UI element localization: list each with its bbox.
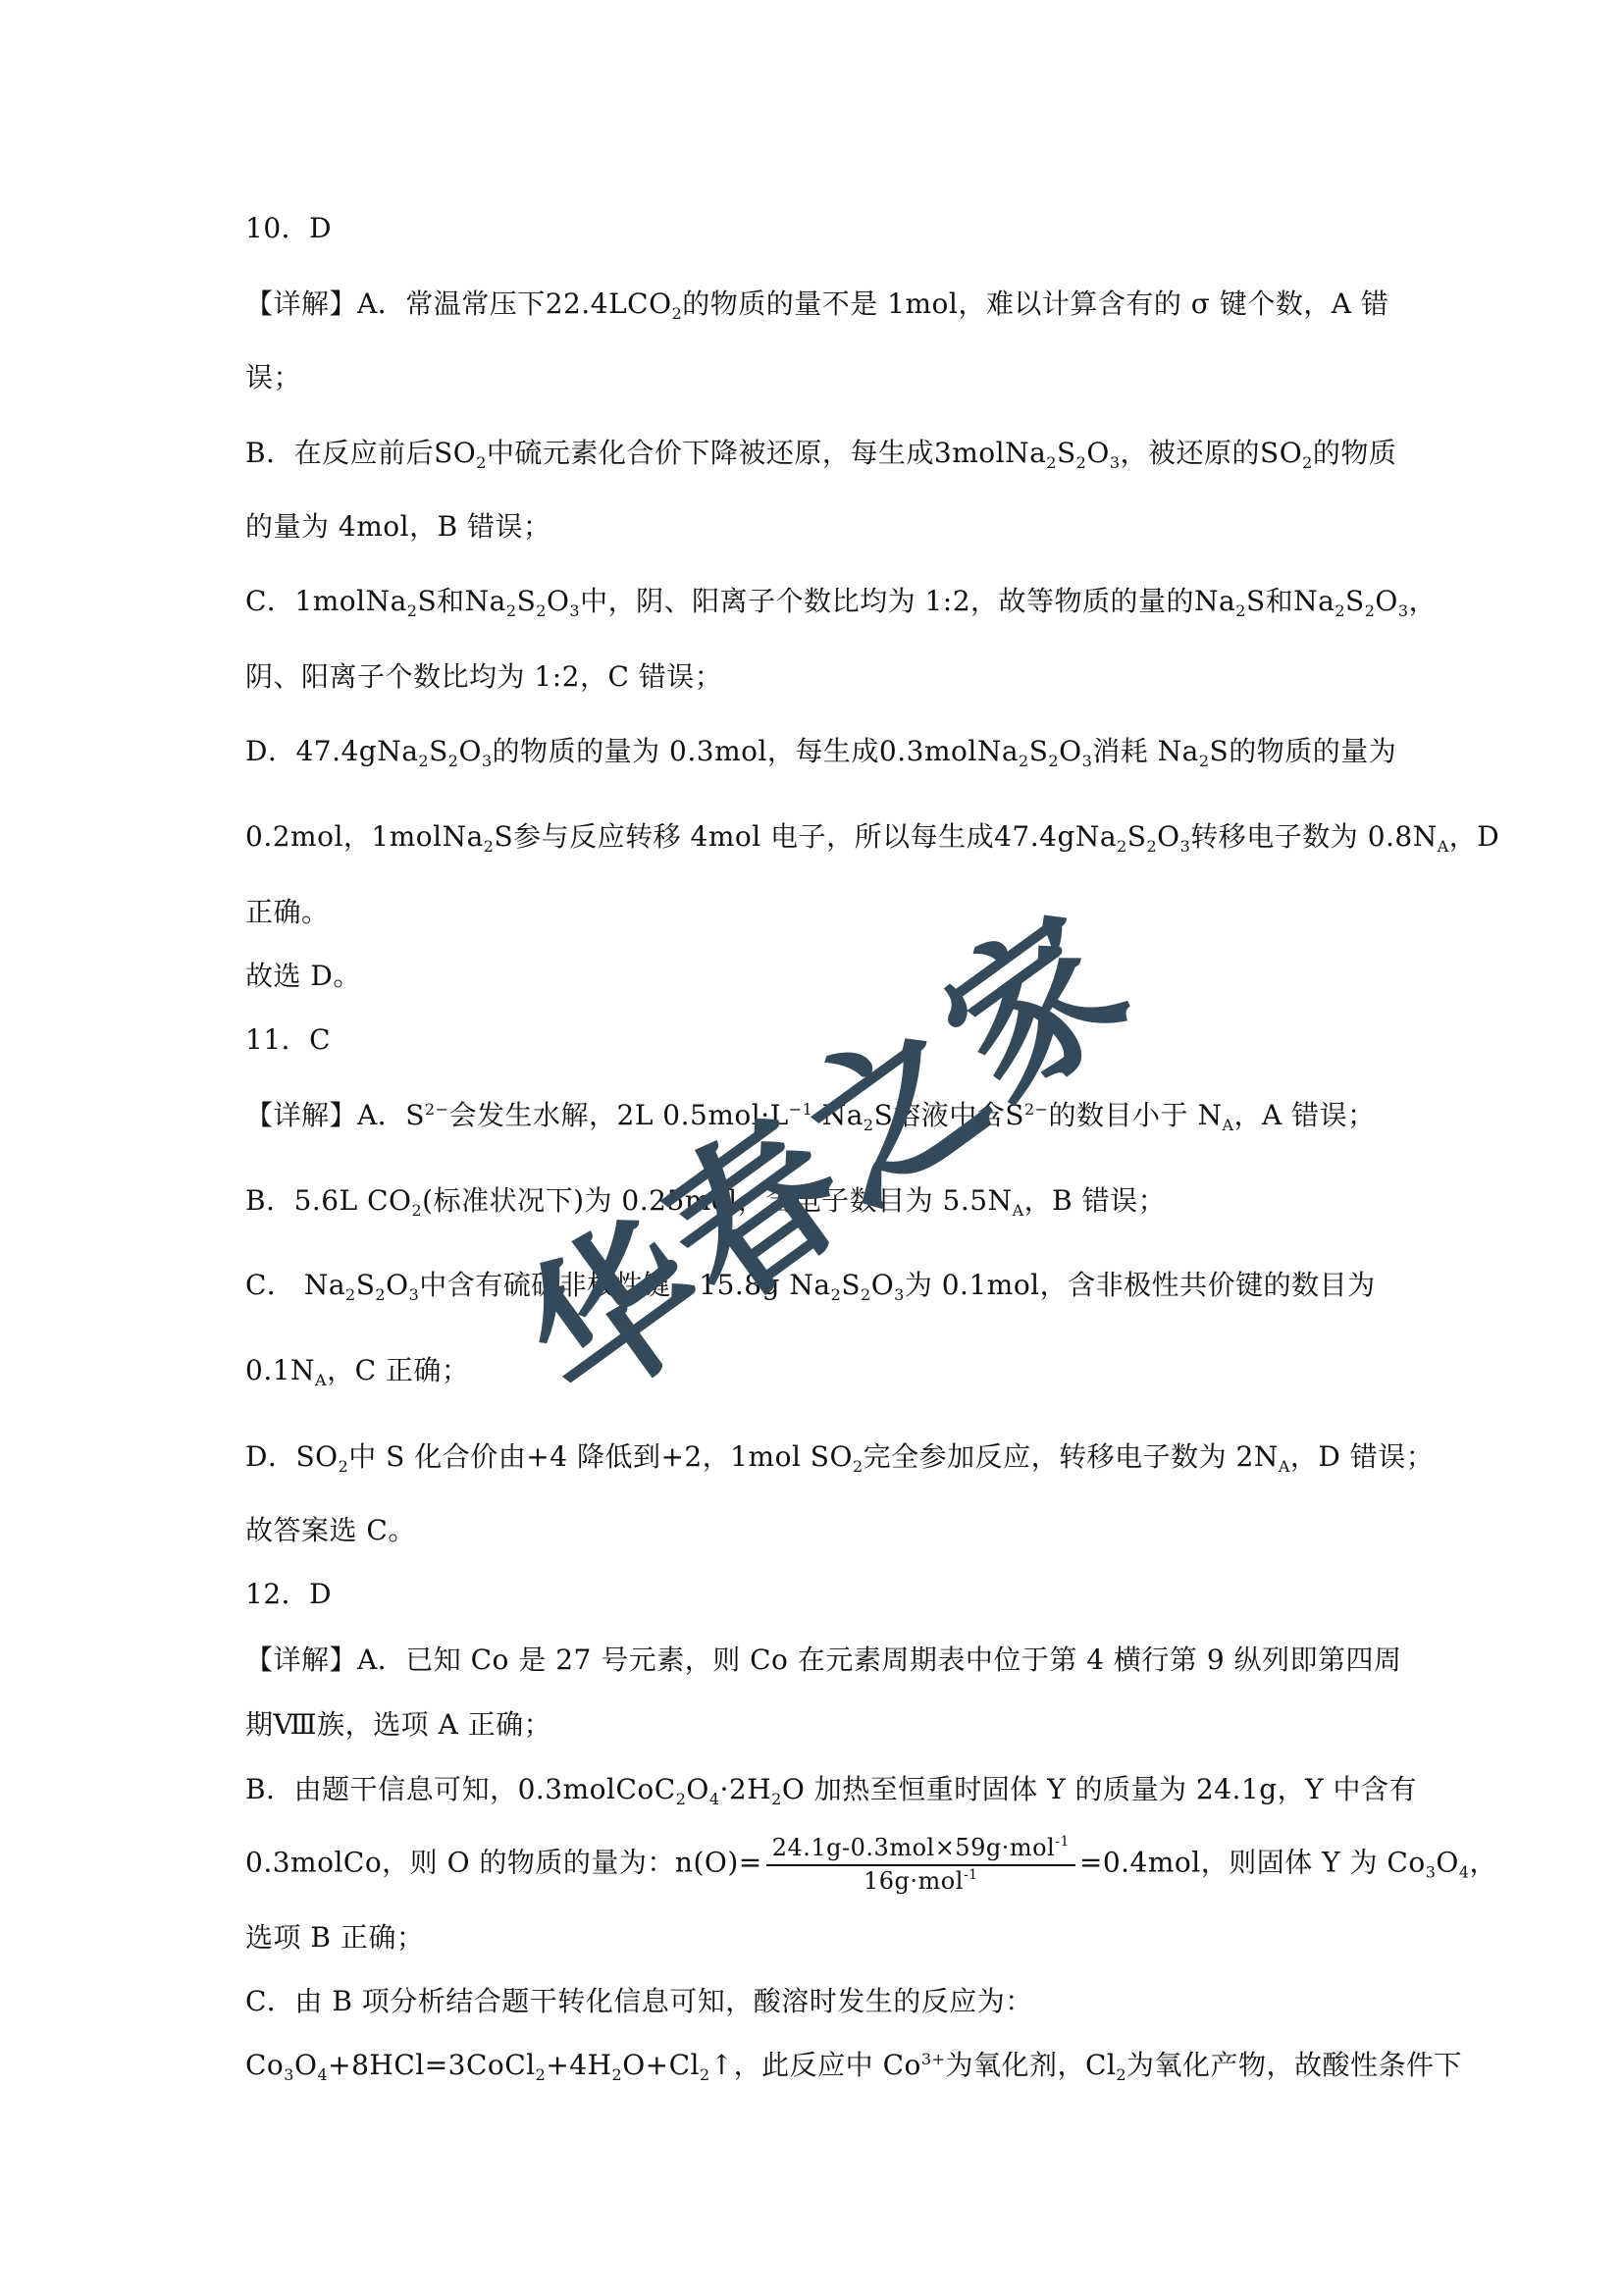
subscript: 2 <box>853 1457 864 1476</box>
text: S的物质的量为 <box>1210 735 1397 767</box>
q12-option-a-cont: 期Ⅷ族，选项 A 正确； <box>245 1708 551 1742</box>
q11-option-c: C． Na2S2O3中含有硫硫非极性键，15.8g Na2S2O3为 0.1mo… <box>245 1269 1376 1302</box>
q10-option-d-cont: 0.2mol，1molNa2S参与反应转移 4mol 电子，所以每生成47.4g… <box>245 820 1499 854</box>
subscript: 2 <box>476 453 487 472</box>
text: S <box>429 735 448 767</box>
q10-conclusion: 故选 D。 <box>245 960 361 993</box>
text: O <box>547 585 569 617</box>
subscript: 4 <box>317 2065 328 2084</box>
text: +4H <box>546 2049 611 2081</box>
text: 中 S 化合价由+4 降低到+2，1mol SO <box>348 1440 853 1473</box>
text: O <box>1436 1847 1458 1879</box>
subscript: 2 <box>700 2065 710 2084</box>
subscript: A <box>1222 1116 1233 1134</box>
text: ，被还原的 <box>1121 437 1261 469</box>
subscript: 2 <box>1019 752 1029 770</box>
text: ，C 正确； <box>327 1354 469 1386</box>
subscript: 2 <box>864 1116 874 1134</box>
text: 选项 B 正确； <box>245 1921 424 1954</box>
text: O <box>1157 820 1179 853</box>
q10-option-a: 【详解】A．常温常压下22.4LCO2的物质的量不是 1mol，难以计算含有的 … <box>245 287 1388 321</box>
subscript: 3 <box>569 601 580 620</box>
subscript: 2 <box>1199 752 1210 770</box>
text: C．1molNa <box>245 585 407 617</box>
superscript: 3+ <box>921 2050 946 2068</box>
subscript: 4 <box>709 1790 720 1808</box>
text: B．5.6L CO <box>245 1184 411 1217</box>
q12-header: 12．D <box>245 1578 332 1611</box>
q10-option-d-end: 正确。 <box>245 896 330 929</box>
text: 的物质 <box>1313 437 1397 469</box>
subscript: 2 <box>861 1285 871 1304</box>
text: ，D 错误； <box>1290 1440 1434 1473</box>
text: 为 0.1mol，含非极性共价键的数目为 <box>905 1269 1376 1301</box>
subscript: 2 <box>1116 2065 1126 2084</box>
text: S <box>356 1269 376 1301</box>
text: 0.3molCo，则 O 的物质的量为：n(O)= <box>245 1847 762 1879</box>
q12-option-b: B．由题干信息可知，0.3molCoC2O4·2H2O 加热至恒重时固体 Y 的… <box>245 1773 1417 1806</box>
text: (标准状况下)为 0.25mol，含电子数目为 5.5N <box>422 1184 1012 1217</box>
text: S <box>841 1269 861 1301</box>
q12-option-b-cont: 选项 B 正确； <box>245 1921 424 1955</box>
text: 会发生水解，2L 0.5mol·L <box>449 1099 789 1131</box>
text: 为氧化产物，故酸性条件下 <box>1126 2049 1462 2081</box>
text: 【详解】A．已知 Co 是 27 号元素，则 Co 在元素周期表中位于第 4 横… <box>245 1644 1402 1676</box>
superscript: -1 <box>1055 1834 1070 1850</box>
q12-option-b-formula: 0.3molCo，则 O 的物质的量为：n(O)=24.1g-0.3mol×59… <box>245 1833 1497 1896</box>
text: 故答案选 C。 <box>245 1514 416 1546</box>
subscript: 2 <box>831 1285 842 1304</box>
text: 为氧化剂，Cl <box>945 2049 1116 2081</box>
text: C．由 B 项分析结合题干转化信息可知，酸溶时发生的反应为： <box>245 1985 1033 2017</box>
subscript: 2 <box>339 1457 349 1476</box>
subscript: 2 <box>536 2065 547 2084</box>
q10-option-c-cont: 阴、阳离子个数比均为 1:2，C 错误； <box>245 660 722 694</box>
q11-option-b: B．5.6L CO2(标准状况下)为 0.25mol，含电子数目为 5.5NA，… <box>245 1184 1166 1218</box>
text: O <box>294 2049 317 2081</box>
subscript: 2 <box>1365 601 1376 620</box>
superscript: 2− <box>425 1100 449 1119</box>
subscript: A <box>1013 1201 1024 1220</box>
watermark: 华春之家 <box>469 848 1170 1448</box>
text: D．47.4gNa <box>245 735 418 767</box>
text: 中，阴、阳离子个数比均为 1:2，故等物质的量的Na <box>580 585 1235 617</box>
subscript: 4 <box>1459 1863 1470 1882</box>
subscript: 2 <box>1046 453 1057 472</box>
q10-header: 10．D <box>245 212 332 245</box>
q11-header: 11．C <box>245 1023 331 1057</box>
superscript: −1 <box>789 1100 813 1119</box>
text: 【详解】A．常温常压下 <box>245 287 546 320</box>
text: S <box>1127 820 1147 853</box>
text: S <box>517 585 537 617</box>
q11-option-c-cont: 0.1NA，C 正确； <box>245 1354 469 1387</box>
fraction: 24.1g-0.3mol×59g·mol-116g·mol-1 <box>766 1833 1075 1896</box>
text: S和Na <box>1246 585 1335 617</box>
text: 【详解】A．S <box>245 1099 425 1131</box>
q11-option-d: D．SO2中 S 化合价由+4 降低到+2，1mol SO2完全参加反应，转移电… <box>245 1440 1434 1474</box>
subscript: 2 <box>771 1790 782 1808</box>
numerator: 24.1g-0.3mol×59g·mol-1 <box>766 1833 1075 1866</box>
text: 0.1N <box>245 1354 315 1386</box>
subscript: 3 <box>1426 1863 1437 1882</box>
text: 中硫元素化合价下降被还原，每生成 <box>487 437 934 469</box>
subscript: 2 <box>345 1285 356 1304</box>
subscript: 2 <box>1235 601 1246 620</box>
q10-option-c: C．1molNa2S和Na2S2O3中，阴、阳离子个数比均为 1:2，故等物质的… <box>245 585 1437 618</box>
q11-option-a: 【详解】A．S2−会发生水解，2L 0.5mol·L−1 Na2S溶液中含S2−… <box>245 1099 1376 1132</box>
subscript: 3 <box>482 752 493 770</box>
text: +8HCl=3CoCl <box>328 2049 536 2081</box>
text: 正确。 <box>245 896 330 928</box>
text: 故选 D。 <box>245 960 361 992</box>
subscript: 2 <box>1335 601 1345 620</box>
subscript: 2 <box>506 601 517 620</box>
q12-option-a: 【详解】A．已知 Co 是 27 号元素，则 Co 在元素周期表中位于第 4 横… <box>245 1644 1402 1677</box>
answer-label: 12．D <box>245 1578 332 1610</box>
text: ·2H <box>720 1773 772 1805</box>
answer-label: 10．D <box>245 212 332 244</box>
subscript: A <box>1279 1457 1290 1476</box>
subscript: 2 <box>418 752 429 770</box>
text: 中含有硫硫非极性键，15.8g Na <box>419 1269 830 1301</box>
text: Co <box>245 2049 284 2081</box>
denominator: 16g·mol-1 <box>766 1866 1075 1896</box>
formula: SO <box>1260 437 1302 469</box>
q11-conclusion: 故答案选 C。 <box>245 1514 416 1547</box>
subscript: 2 <box>1302 453 1313 472</box>
subscript: 2 <box>676 1790 687 1808</box>
text: 0.2mol，1molNa <box>245 820 484 853</box>
text: O+Cl <box>622 2049 700 2081</box>
subscript: A <box>315 1371 327 1389</box>
text: 的量为 4mol，B 错误； <box>245 510 551 543</box>
text: D．SO <box>245 1440 339 1473</box>
subscript: 2 <box>1076 453 1087 472</box>
formula: SO <box>434 437 476 469</box>
text: S参与反应转移 4mol 电子，所以每生成47.4gNa <box>494 820 1117 853</box>
text: Na <box>812 1099 864 1131</box>
subscript: 3 <box>894 1285 905 1304</box>
text: =0.4mol，则固体 Y 为 Co <box>1079 1847 1426 1879</box>
text: 的物质的量不是 1mol，难以计算含有的 σ 键个数，A 错 <box>682 287 1388 320</box>
formula: 22.4LCO <box>546 287 672 320</box>
q12-option-c: C．由 B 项分析结合题干转化信息可知，酸溶时发生的反应为： <box>245 1985 1033 2018</box>
text: ， <box>1409 585 1438 617</box>
text: 24.1g-0.3mol×59g·mol <box>772 1834 1055 1861</box>
text: O 加热至恒重时固体 Y 的质量为 24.1g，Y 中含有 <box>782 1773 1417 1805</box>
q10-option-a-cont: 误； <box>245 361 301 394</box>
text: ，A 错误； <box>1234 1099 1376 1131</box>
superscript: 2− <box>1024 1100 1049 1119</box>
formula: S <box>1057 437 1076 469</box>
text: 16g·mol <box>864 1867 964 1895</box>
text: O <box>386 1269 408 1301</box>
text: O <box>871 1269 894 1301</box>
formula: O <box>1086 437 1109 469</box>
text: 误； <box>245 361 301 393</box>
subscript: 2 <box>1048 752 1059 770</box>
text: ， <box>1470 1847 1498 1879</box>
subscript: 2 <box>448 752 459 770</box>
q10-option-b: B．在反应前后SO2中硫元素化合价下降被还原，每生成3molNa2S2O3，被还… <box>245 437 1396 470</box>
text: 转移电子数为 0.8N <box>1190 820 1437 853</box>
answer-label: 11．C <box>245 1023 331 1056</box>
subscript: 2 <box>407 601 418 620</box>
subscript: 3 <box>1180 837 1191 856</box>
subscript: 2 <box>612 2065 623 2084</box>
text: 的物质的量为 0.3mol，每生成0.3molNa <box>493 735 1019 767</box>
text: S <box>1345 585 1365 617</box>
subscript: 3 <box>1110 453 1121 472</box>
text: B．由题干信息可知，0.3molCoC <box>245 1773 676 1805</box>
text: O <box>1375 585 1397 617</box>
text: 完全参加反应，转移电子数为 2N <box>864 1440 1279 1473</box>
subscript: 2 <box>484 837 495 856</box>
subscript: 2 <box>1146 837 1157 856</box>
subscript: 2 <box>536 601 547 620</box>
text: 阴、阳离子个数比均为 1:2，C 错误； <box>245 660 722 693</box>
text: S <box>1029 735 1049 767</box>
text: S溶液中含S <box>874 1099 1024 1131</box>
text: 消耗 Na <box>1092 735 1199 767</box>
subscript: 3 <box>1398 601 1409 620</box>
text: O <box>458 735 481 767</box>
q12-option-c-equation: Co3O4+8HCl=3CoCl2+4H2O+Cl2↑，此反应中 Co3+为氧化… <box>245 2049 1462 2082</box>
text: S和Na <box>417 585 505 617</box>
q10-option-d: D．47.4gNa2S2O3的物质的量为 0.3mol，每生成0.3molNa2… <box>245 735 1396 768</box>
subscript: 3 <box>284 2065 294 2084</box>
text: C． Na <box>245 1269 345 1301</box>
subscript: A <box>1438 837 1449 856</box>
text: ↑，此反应中 Co <box>710 2049 921 2081</box>
text: O <box>1059 735 1081 767</box>
subscript: 3 <box>409 1285 420 1304</box>
text: ，B 错误； <box>1024 1184 1166 1217</box>
formula: 3molNa <box>934 437 1046 469</box>
text: 期Ⅷ族，选项 A 正确； <box>245 1708 551 1741</box>
superscript: -1 <box>964 1867 978 1883</box>
text: ，D <box>1449 820 1499 853</box>
q10-option-b-cont: 的量为 4mol，B 错误； <box>245 510 551 544</box>
subscript: 3 <box>1082 752 1093 770</box>
subscript: 2 <box>1117 837 1127 856</box>
subscript: 2 <box>672 304 683 323</box>
text: O <box>686 1773 708 1805</box>
subscript: 2 <box>411 1201 422 1220</box>
text: 的数目小于 N <box>1049 1099 1223 1131</box>
subscript: 2 <box>375 1285 386 1304</box>
text: B．在反应前后 <box>245 437 434 469</box>
